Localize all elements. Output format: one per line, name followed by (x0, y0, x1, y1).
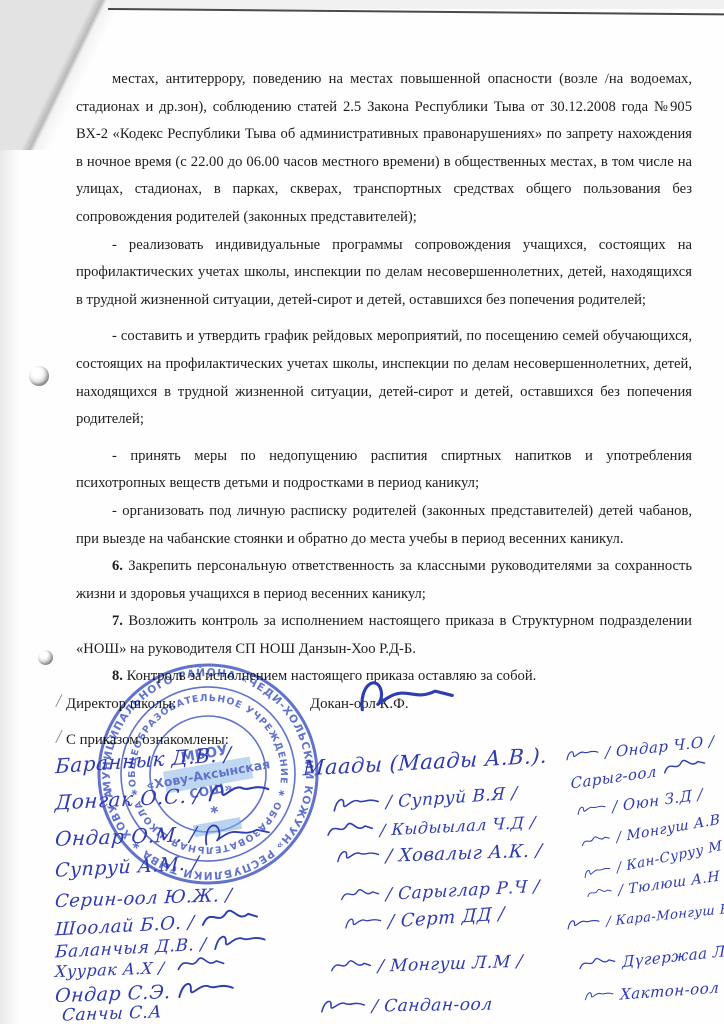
signature-row: / Ховалыг А.К. / (336, 839, 543, 868)
signature-row: Дүгержаа Л.А (577, 939, 724, 976)
director-signature-scribble (358, 668, 458, 720)
signature-scribble (580, 831, 612, 852)
signature-scribble (330, 957, 373, 978)
signature-scribble (326, 820, 375, 842)
signature-scribble (343, 911, 382, 936)
paragraph: - составить и утвердить график рейдовых … (76, 323, 692, 433)
signature-scribble (200, 907, 261, 934)
signature-row: / Супруй В.Я / (332, 784, 519, 817)
signature-row: Маады (Маады А.В.). (303, 744, 548, 781)
paragraph: - принять меры по недопущению распития с… (76, 443, 692, 498)
signature-scribble (212, 930, 267, 955)
signature-row: Серин-оол Ю.Ж. / (55, 885, 233, 912)
signature-scribble (206, 778, 271, 807)
signature-scribble (576, 800, 608, 820)
signature-scribble (661, 755, 707, 781)
signature-scribble (586, 884, 614, 903)
order-item-6: 6. Закрепить персональную ответственност… (76, 553, 692, 608)
paragraph: - реализовать индивидуальные программы с… (76, 232, 692, 315)
hole-punch-mark-icon (29, 366, 49, 386)
paragraph: местах, антитеррору, поведению на местах… (76, 66, 692, 232)
signature-row: / Кыдыылал Ч.Д / (326, 812, 537, 843)
signature-scribble (202, 816, 273, 848)
signature-row: / Монгуш Л.М / (330, 952, 524, 979)
signature-scribble (584, 986, 615, 1006)
signature-scribble (564, 744, 600, 765)
paragraph: - организовать под личную расписку родит… (76, 498, 692, 553)
pencil-slash-mark: / (54, 690, 63, 714)
signature-row: / Сандан-оол (320, 993, 493, 1018)
scan-left-edge-shadow (0, 0, 20, 1024)
signature-row: / Кара-Монгуш Б.О./ (566, 898, 724, 934)
signature-row: Санчы С.А (62, 1002, 163, 1024)
order-body-text: местах, антитеррору, поведению на местах… (76, 66, 692, 691)
hole-punch-mark-icon (38, 650, 53, 665)
signature-row: / Сарыглар Р.Ч / (340, 875, 541, 909)
signature-scribble (336, 845, 381, 869)
scan-paper-top-edge-line (108, 8, 724, 16)
pencil-slash-mark: / (54, 726, 63, 750)
order-item-7: 7. Возложить контроль за исполнением нас… (76, 608, 692, 663)
scan-top-margin (110, 0, 724, 9)
signature-scribble (320, 996, 366, 1019)
signature-row: / Оюн З.Д / (575, 785, 704, 821)
signature-scribble (176, 977, 235, 1005)
signature-row: Хактон-оол Р.М (584, 976, 724, 1006)
signature-scribble (340, 883, 381, 909)
signature-scribble (577, 953, 617, 977)
signature-scribble (566, 914, 601, 933)
signature-scribble (582, 862, 613, 883)
scanned-document-page: местах, антитеррору, поведению на местах… (0, 0, 724, 1024)
signature-scribble (332, 793, 381, 816)
signature-scribble (170, 955, 233, 977)
